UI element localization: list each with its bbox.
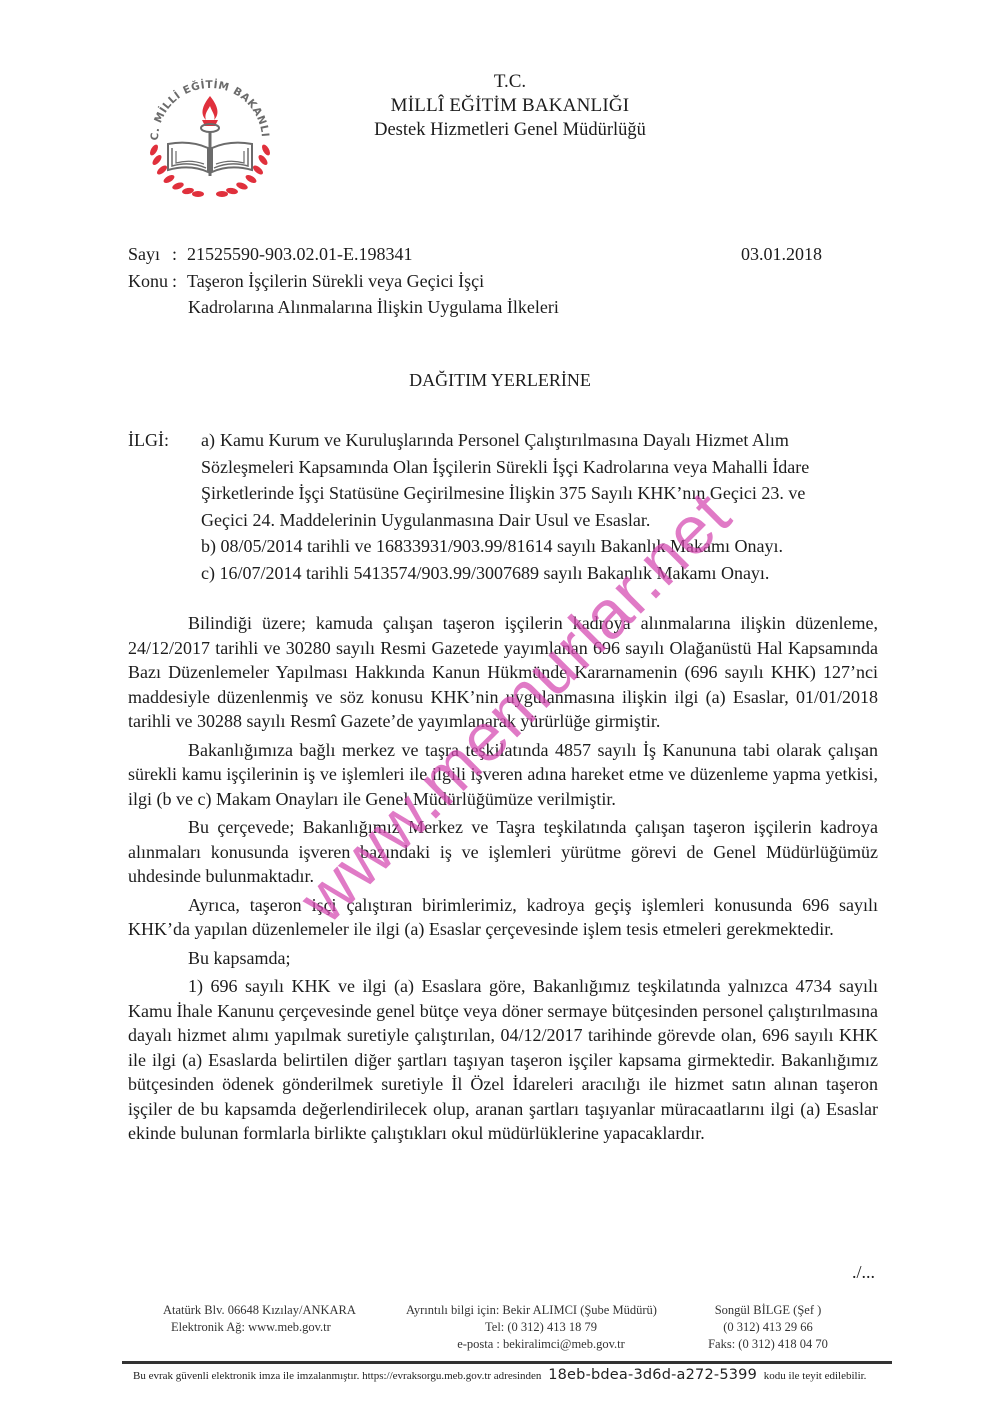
reference-text: Geçici 24. Maddelerinin Uygulanmasına Da… <box>201 507 888 534</box>
logo-ring-text: T.C. MİLLİ EĞİTİM BAKANLIĞI <box>138 62 271 141</box>
contact-name: Songül BİLGE (Şef ) <box>698 1302 838 1319</box>
contact-name: Ayrıntılı bilgi için: Bekir ALIMCI (Şube… <box>406 1302 676 1319</box>
meb-emblem-icon: T.C. MİLLİ EĞİTİM BAKANLIĞI <box>138 62 282 206</box>
letter-body: Bilindiği üzere; kamuda çalışan taşeron … <box>128 611 878 1150</box>
reference-marker: a) <box>201 427 215 454</box>
reference-marker: b) <box>201 533 216 560</box>
document-page: T.C. MİLLİ EĞİTİM BAKANLIĞI <box>0 0 1000 1414</box>
contact-phone: (0 312) 413 29 66 <box>698 1319 838 1336</box>
number-label: Sayı <box>128 241 172 268</box>
reference-text: 08/05/2014 tarihli ve 16833931/903.99/81… <box>221 533 783 560</box>
references-label: İLGİ: <box>128 427 169 454</box>
subject-label: Konu <box>128 268 172 295</box>
website-line: Elektronik Ağ: www.meb.gov.tr <box>163 1319 356 1336</box>
reference-item-a: a) Kamu Kurum ve Kuruluşlarında Personel… <box>201 427 888 454</box>
e-signature-suffix: kodu ile teyit edilebilir. <box>764 1370 867 1382</box>
svg-text:T.C. MİLLİ EĞİTİM BAKANLIĞI: T.C. MİLLİ EĞİTİM BAKANLIĞI <box>138 62 271 141</box>
body-paragraph: Bakanlığımıza bağlı merkez ve taşra teşk… <box>128 738 878 812</box>
contact-fax: Faks: (0 312) 418 04 70 <box>698 1336 838 1353</box>
colon: : <box>172 241 187 268</box>
subject-row: Konu : Taşeron İşçilerin Sürekli veya Ge… <box>128 268 828 295</box>
distribution-heading: DAĞITIM YERLERİNE <box>0 370 1000 391</box>
contact-email: e-posta : bekiralimci@meb.gov.tr <box>406 1336 676 1353</box>
reference-text: 16/07/2014 tarihli 5413574/903.99/300768… <box>219 560 769 587</box>
letterhead: T.C. MİLLÎ EĞİTİM BAKANLIĞI Destek Hizme… <box>330 70 690 142</box>
number-value: 21525590-903.02.01-E.198341 <box>187 241 412 268</box>
references-section: İLGİ: a) Kamu Kurum ve Kuruluşlarında Pe… <box>128 427 888 586</box>
number-row: Sayı : 21525590-903.02.01-E.198341 <box>128 241 828 268</box>
reference-text: Kamu Kurum ve Kuruluşlarında Personel Ça… <box>215 427 789 454</box>
body-paragraph: Bu çerçevede; Bakanlığımız Merkez ve Taş… <box>128 815 878 889</box>
page-continuation-mark: ./... <box>852 1262 875 1283</box>
footer-address: Atatürk Blv. 06648 Kızılay/ANKARA Elektr… <box>163 1302 356 1336</box>
reference-text: Şirketlerinde İşçi Statüsüne Geçirilmesi… <box>201 480 888 507</box>
e-signature-notice: Bu evrak güvenli elektronik imza ile imz… <box>133 1367 866 1383</box>
address-line: Atatürk Blv. 06648 Kızılay/ANKARA <box>163 1302 356 1319</box>
letterhead-ministry: MİLLÎ EĞİTİM BAKANLIĞI <box>330 94 690 118</box>
colon: : <box>172 268 187 295</box>
reference-item-c: c) 16/07/2014 tarihli 5413574/903.99/300… <box>201 560 888 587</box>
reference-marker: c) <box>201 560 215 587</box>
document-meta: Sayı : 21525590-903.02.01-E.198341 03.01… <box>128 241 828 321</box>
body-paragraph: Ayrıca, taşeron işçi çalıştıran birimler… <box>128 893 878 942</box>
footer-contact-secondary: Songül BİLGE (Şef ) (0 312) 413 29 66 Fa… <box>698 1302 838 1353</box>
e-signature-text: Bu evrak güvenli elektronik imza ile imz… <box>133 1370 541 1382</box>
verification-code: 18eb-bdea-3d6d-a272-5399 <box>544 1367 761 1383</box>
subject-line-1: Taşeron İşçilerin Sürekli veya Geçici İş… <box>187 268 484 295</box>
document-date: 03.01.2018 <box>741 241 822 268</box>
body-paragraph: 1) 696 sayılı KHK ve ilgi (a) Esaslara g… <box>128 974 878 1146</box>
body-paragraph: Bilindiği üzere; kamuda çalışan taşeron … <box>128 611 878 734</box>
letterhead-state: T.C. <box>330 70 690 94</box>
reference-item-b: b) 08/05/2014 tarihli ve 16833931/903.99… <box>201 533 888 560</box>
subject-line-2: Kadrolarına Alınmalarına İlişkin Uygulam… <box>128 294 828 321</box>
contact-phone: Tel: (0 312) 413 18 79 <box>406 1319 676 1336</box>
footer-divider <box>122 1361 892 1364</box>
body-paragraph: Bu kapsamda; <box>128 946 878 971</box>
reference-text: Sözleşmeleri Kapsamında Olan İşçilerin S… <box>201 454 888 481</box>
letterhead-department: Destek Hizmetleri Genel Müdürlüğü <box>330 118 690 142</box>
footer-contact-primary: Ayrıntılı bilgi için: Bekir ALIMCI (Şube… <box>406 1302 676 1353</box>
